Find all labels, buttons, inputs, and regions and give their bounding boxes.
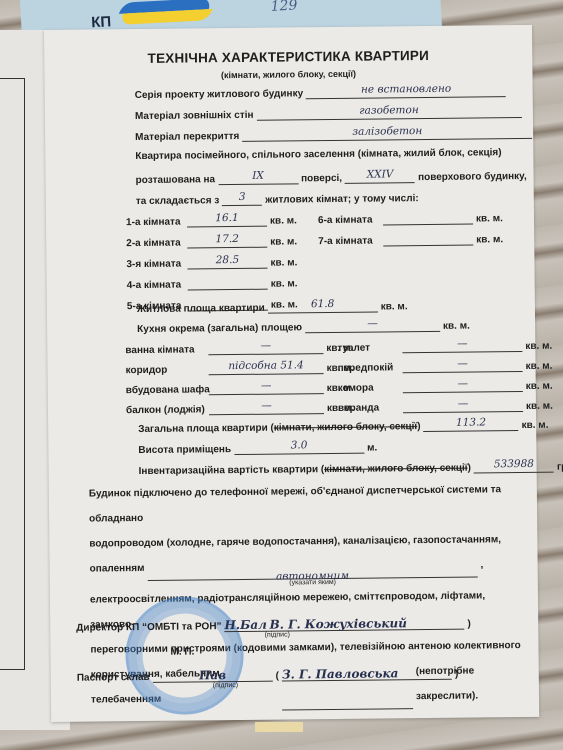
- living-area-label: Житлова площа квартири: [137, 303, 265, 315]
- height-value: 3.0: [291, 439, 308, 451]
- living-area-value: 61.8: [311, 298, 335, 310]
- rooms_right-row: 6-а кімнатакв. м.: [318, 210, 503, 226]
- compiler-signature: Пав: [199, 668, 226, 682]
- total-area-struck: кімнати, жилого блоку, секції: [274, 421, 417, 434]
- rooms_right-label: 6-а кімната: [318, 214, 380, 226]
- yellow-tab: [255, 722, 303, 732]
- inventory-row: Інвентаризаційна вартість квартири (кімн…: [139, 458, 563, 477]
- floor-value: IX: [252, 170, 264, 182]
- premises_right-row: туалет—кв. м.: [337, 338, 552, 354]
- unit: кв. м.: [271, 278, 298, 289]
- heating-label: опаленням: [90, 556, 145, 582]
- rooms_left-row: 2-а кімната17.2кв. м.: [126, 233, 297, 249]
- mp-label: М. П.: [170, 646, 194, 657]
- kitchen-value: —: [367, 318, 378, 330]
- compiler-label: Паспорт склав: [77, 672, 150, 684]
- rooms_right-label: 7-а кімната: [318, 235, 380, 247]
- unit: кв. м.: [381, 301, 408, 312]
- premises_left-value: підсобна 51.4: [228, 359, 303, 372]
- unit: кв. м.: [270, 236, 297, 247]
- document-page: ТЕХНІЧНА ХАРАКТЕРИСТИКА КВАРТИРИ (кімнат…: [44, 25, 539, 722]
- unit-uah: грн.: [557, 461, 563, 472]
- premises_right-label: передпокій: [338, 362, 400, 374]
- inventory-value: 533988: [494, 458, 534, 470]
- sign-hint: (підпис): [213, 682, 238, 689]
- total-area-label: Загальна площа квартири (: [138, 423, 274, 435]
- premises_right-row: передпокій—кв. м.: [337, 358, 552, 374]
- premises_right-value: —: [458, 398, 469, 410]
- unit: кв. м.: [525, 361, 552, 372]
- unit: кв. м.: [526, 401, 553, 412]
- ceiling-value: залізобетон: [352, 125, 422, 138]
- premises_left-row: балкон (лоджія)—кв. м.: [126, 400, 354, 416]
- walls-label: Матеріал зовнішніх стін: [135, 110, 254, 122]
- consists-label: та складається з: [136, 195, 220, 207]
- rooms-count-row: та складається з 3 житлових кімнат; у то…: [136, 190, 419, 207]
- unit: кв. м.: [476, 234, 503, 245]
- rooms_left-row: 3-я кімната28.5кв. м.: [126, 254, 297, 270]
- director-label: Директор КП “ОМБТІ та РОН”: [76, 621, 221, 634]
- utilities-line-2: водопроводом (холодне, гаряче водопостач…: [89, 527, 529, 557]
- family-label: Квартира посімейного, спільного заселенн…: [135, 147, 501, 162]
- living-area-row: Житлова площа квартири 61.8 кв. м.: [137, 298, 408, 315]
- utilities-line-1: Будинок підключено до телефонної мережі,…: [89, 477, 529, 532]
- premises_left-label: балкон (лоджія): [126, 404, 206, 416]
- director-signature: Н.Бал: [224, 618, 266, 632]
- rooms_left-row: 4-а кімнатакв. м.: [127, 275, 298, 291]
- rooms_right-row: 7-а кімнатакв. м.: [318, 231, 503, 247]
- family-row: Квартира посімейного, спільного заселенн…: [135, 147, 501, 162]
- located-label: розташована на: [136, 174, 216, 186]
- unit: кв. м.: [270, 257, 297, 268]
- premises_right-row: веранда—кв. м.: [338, 398, 553, 414]
- folder-number: 129: [270, 0, 298, 15]
- floor-row: розташована на IX поверсі, XXIV поверхов…: [135, 168, 526, 186]
- inventory-close: ): [468, 463, 471, 474]
- sign-hint: (підпис): [265, 631, 290, 638]
- rooms_left-label: 3-я кімната: [126, 259, 184, 271]
- kitchen-label: Кухня окрема (загальна) площею: [137, 322, 302, 335]
- total-area-value: 113.2: [456, 416, 486, 428]
- height-label: Висота приміщень: [138, 444, 231, 456]
- compiler-name: З. Г. Павловська: [282, 666, 399, 681]
- rooms_left-label: 4-а кімната: [127, 280, 185, 292]
- rooms_left-value: 28.5: [216, 254, 240, 266]
- inventory-struck: кімнати, жилого блоку, секції: [324, 463, 467, 476]
- series-value: не встановлено: [361, 83, 451, 96]
- ceiling-label: Матеріал перекриття: [135, 131, 239, 143]
- series-row: Серія проекту житлового будинку не встан…: [135, 83, 510, 101]
- total-area-row: Загальна площа квартири (кімнати, жилого…: [138, 417, 548, 435]
- premises_left-label: вбудована шафа: [126, 384, 206, 396]
- height-row: Висота приміщень 3.0 м.: [138, 440, 377, 457]
- premises_right-value: —: [457, 378, 468, 390]
- floors-suffix: поверхового будинку,: [418, 171, 527, 183]
- premises_left-label: ванна кімната: [125, 344, 205, 356]
- rooms_left-label: 2-а кімната: [126, 238, 184, 250]
- total-area-close: ): [417, 421, 420, 432]
- unit: кв. м.: [525, 341, 552, 352]
- premises_right-label: комора: [338, 382, 400, 394]
- premises_right-value: —: [457, 338, 468, 350]
- walls-row: Матеріал зовнішніх стін газобетон: [135, 104, 525, 122]
- floor-suffix: поверсі,: [301, 173, 342, 184]
- premises_right-value: —: [457, 358, 468, 370]
- premises_left-value: —: [261, 340, 272, 352]
- rooms_left-label: 1-а кімната: [126, 217, 184, 229]
- premises_right-label: веранда: [338, 402, 400, 414]
- kitchen-row: Кухня окрема (загальна) площею — кв. м.: [137, 318, 470, 335]
- floors-value: XXIV: [367, 168, 394, 180]
- premises_left-row: коридорпідсобна 51.4кв. м.: [125, 360, 353, 376]
- unit: кв. м.: [443, 321, 470, 332]
- unit: кв. м.: [476, 213, 503, 224]
- premises_left-value: —: [261, 400, 272, 412]
- director-name: В. Г. Кожухівський: [270, 616, 407, 631]
- rooms_left-row: 1-а кімната16.1кв. м.: [126, 212, 297, 228]
- series-label: Серія проекту житлового будинку: [135, 88, 304, 101]
- premises_left-label: коридор: [126, 364, 206, 376]
- rooms-count: 3: [239, 191, 246, 203]
- premises_left-row: вбудована шафа—кв. м.: [126, 380, 354, 396]
- premises_right-row: комора—кв. м.: [338, 378, 553, 394]
- ceiling-row: Матеріал перекриття залізобетон: [135, 125, 535, 143]
- rooms-suffix: житлових кімнат; у тому числі:: [265, 193, 419, 206]
- unit: кв. м.: [522, 420, 549, 431]
- rooms_left-value: 17.2: [215, 233, 239, 245]
- inventory-label: Інвентаризаційна вартість квартири (: [139, 464, 325, 477]
- unit: кв. м.: [526, 381, 553, 392]
- walls-value: газобетон: [359, 104, 419, 117]
- rooms_left-value: 16.1: [215, 212, 239, 224]
- unit-m: м.: [367, 443, 377, 454]
- unit: кв. м.: [270, 215, 297, 226]
- premises_left-row: ванна кімната—кв. м.: [125, 340, 353, 356]
- page-title: ТЕХНІЧНА ХАРАКТЕРИСТИКА КВАРТИРИ: [44, 47, 532, 67]
- flag-logo-icon: [120, 0, 211, 25]
- premises_left-value: —: [261, 380, 272, 392]
- page-subtitle: (кімнати, жилого блоку, секції): [44, 67, 532, 82]
- premises_right-label: туалет: [337, 342, 399, 354]
